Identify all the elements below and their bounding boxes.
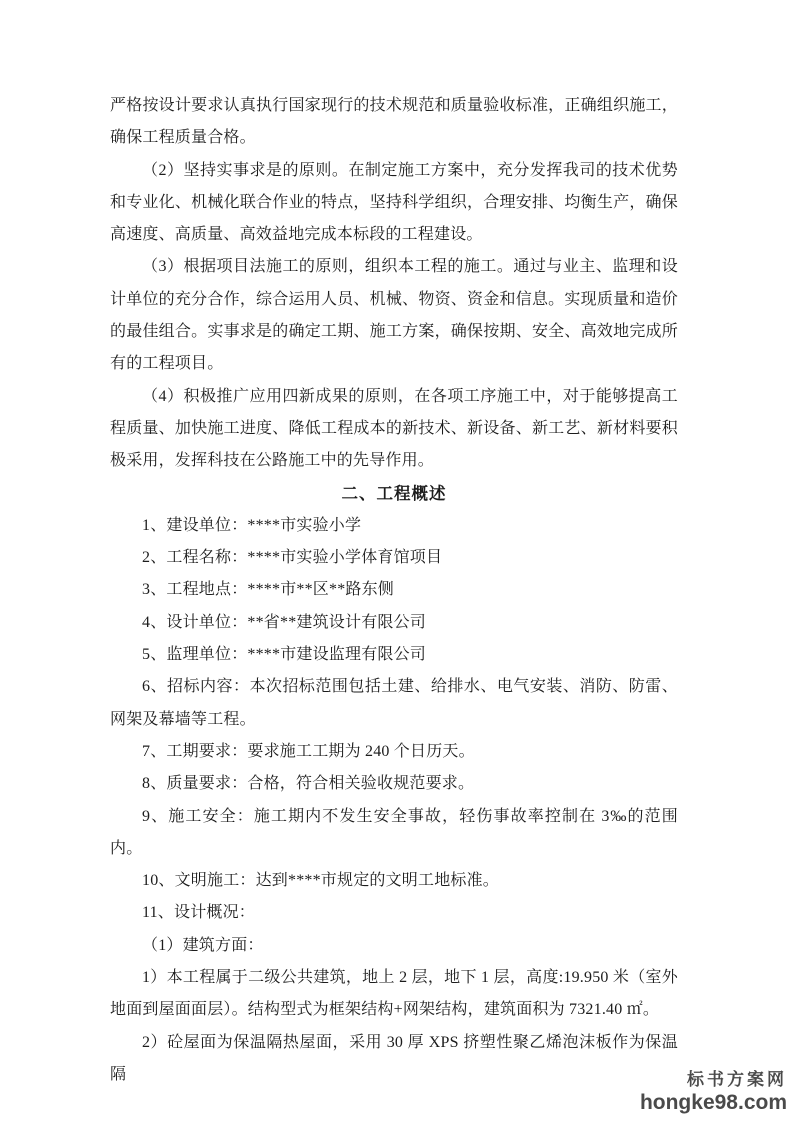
watermark-site-name: 标书方案网 <box>640 1071 787 1090</box>
watermark-site-url: hongke98.com <box>640 1091 787 1114</box>
overview-item-bid-content: 6、招标内容：本次招标范围包括土建、给排水、电气安装、消防、防雷、网架及幕墙等工… <box>110 671 678 736</box>
overview-item-architecture-aspect: （1）建筑方面： <box>110 930 678 962</box>
paragraph-continuation: 严格按设计要求认真执行国家现行的技术规范和质量验收标准，正确组织施工，确保工程质… <box>110 90 678 155</box>
watermark: 标书方案网 hongke98.com <box>640 1071 787 1114</box>
paragraph-principle-3: （3）根据项目法施工的原则，组织本工程的施工。通过与业主、监理和设计单位的充分合… <box>110 251 678 380</box>
document-page: 严格按设计要求认真执行国家现行的技术规范和质量验收标准，正确组织施工，确保工程质… <box>0 0 793 1122</box>
overview-item-duration-requirement: 7、工期要求：要求施工工期为 240 个日历天。 <box>110 736 678 768</box>
overview-item-design-overview: 11、设计概况： <box>110 897 678 929</box>
overview-item-project-name: 2、工程名称：****市实验小学体育馆项目 <box>110 542 678 574</box>
overview-item-civilized-construction: 10、文明施工：达到****市规定的文明工地标准。 <box>110 865 678 897</box>
overview-item-project-location: 3、工程地点：****市**区**路东侧 <box>110 574 678 606</box>
paragraph-principle-2: （2）坚持实事求是的原则。在制定施工方案中，充分发挥我司的技术优势和专业化、机械… <box>110 155 678 252</box>
overview-item-safety-requirement: 9、施工安全：施工期内不发生安全事故，轻伤事故率控制在 3‰的范围内。 <box>110 801 678 866</box>
overview-item-roof-description: 2）砼屋面为保温隔热屋面，采用 30 厚 XPS 挤塑性聚乙烯泡沫板作为保温隔 <box>110 1027 678 1092</box>
overview-item-construction-unit: 1、建设单位：****市实验小学 <box>110 510 678 542</box>
overview-item-design-unit: 4、设计单位：**省**建筑设计有限公司 <box>110 607 678 639</box>
section-heading: 二、工程概述 <box>110 478 678 510</box>
paragraph-principle-4: （4）积极推广应用四新成果的原则，在各项工序施工中，对于能够提高工程质量、加快施… <box>110 381 678 478</box>
document-content: 严格按设计要求认真执行国家现行的技术规范和质量验收标准，正确组织施工，确保工程质… <box>110 90 678 1091</box>
overview-item-quality-requirement: 8、质量要求：合格，符合相关验收规范要求。 <box>110 768 678 800</box>
overview-item-building-description: 1）本工程属于二级公共建筑，地上 2 层，地下 1 层，高度:19.950 米（… <box>110 962 678 1027</box>
overview-item-supervision-unit: 5、监理单位：****市建设监理有限公司 <box>110 639 678 671</box>
